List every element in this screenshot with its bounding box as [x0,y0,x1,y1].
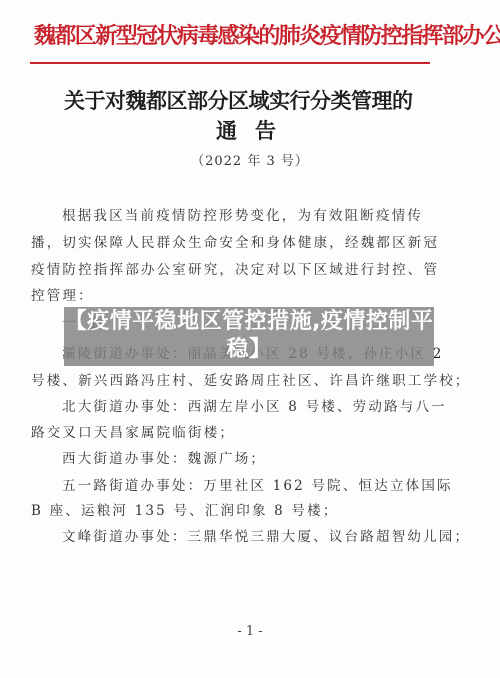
paragraph-line: 播，切实保障人民群众生命安全和身体健康，经魏都区新冠 [31,233,439,253]
overlay-title-line1: 【疫情平稳地区管控措施,疫情控制平 [64,308,434,336]
body-line: B 座、运粮河 135 号、汇润印象 8 号楼； [31,501,339,521]
document-page: 魏都区新型冠状病毒感染的肺炎疫情防控指挥部办公室 关于对魏都区部分区域实行分类管… [0,0,500,678]
document-subtitle: 通告 [0,116,500,146]
document-number: （2022 年 3 号） [0,152,500,172]
body-line: 路交叉口天昌家属院临街楼； [31,423,235,443]
body-line: 西大街道办事处：魏源广场； [62,449,266,469]
body-line: 北大街道办事处：西湖左岸小区 8 号楼、劳动路与八一 [62,397,447,417]
overlay-title-line2: 稳】 [64,336,434,364]
paragraph-line: 疫情防控指挥部办公室研究，决定对以下区域进行封控、管 [31,260,439,280]
body-line: 文峰街道办事处：三鼎华悦三鼎大厦、议台路超智幼儿园； [62,527,470,547]
document-title: 关于对魏都区部分区域实行分类管理的 [64,86,404,116]
page-number: - 1 - [0,624,500,639]
org-header: 魏都区新型冠状病毒感染的肺炎疫情防控指挥部办公室 [34,20,430,52]
paragraph-line: 控管理： [31,286,94,306]
body-line: 号楼、新兴西路冯庄村、延安路周庄社区、许昌许继职工学校； [31,371,471,391]
body-line: 五一路街道办事处：万里社区 162 号院、恒达立体国际 [62,476,453,496]
header-divider [30,62,430,64]
paragraph-line: 根据我区当前疫情防控形势变化，为有效阻断疫情传 [62,206,423,226]
overlay-title[interactable]: 【疫情平稳地区管控措施,疫情控制平 稳】 [64,308,434,364]
